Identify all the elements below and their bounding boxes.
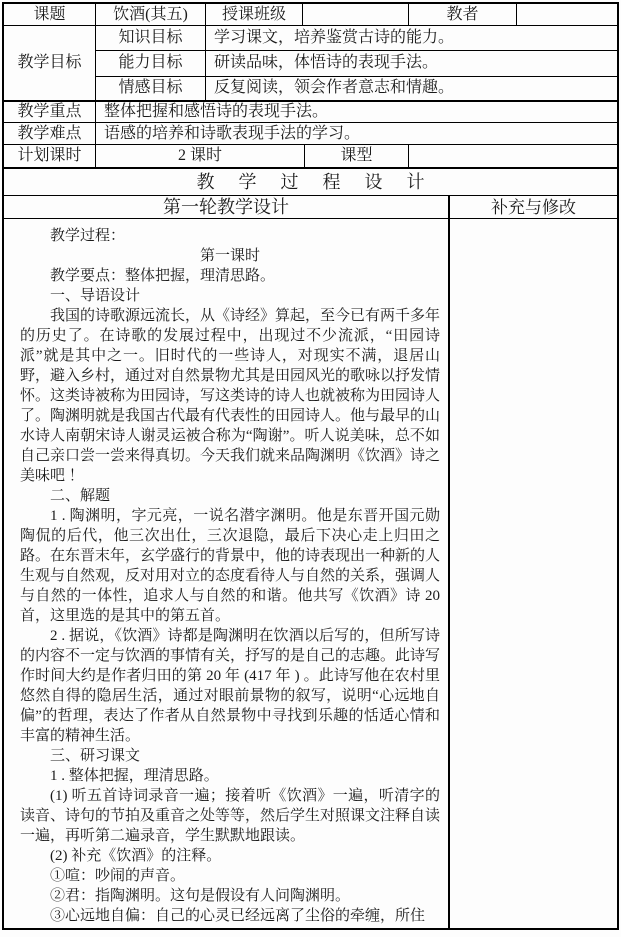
objectives-label: 教学目标: [4, 26, 95, 99]
body-paragraph: 1 . 整体把握，理清思路。: [20, 766, 440, 786]
body-paragraph: ①喧：吵闹的声音。: [20, 866, 440, 886]
process-design-header: 教学过程设计: [4, 169, 617, 195]
objective-knowledge-value: 学习课文，培养鉴赏古诗的能力。: [206, 26, 621, 49]
supplement-header: 补充与修改: [450, 196, 617, 218]
planned-periods-label: 计划课时: [4, 145, 95, 167]
class-value: [303, 4, 408, 25]
teacher-value: [517, 4, 617, 25]
body-paragraph: 教学过程：: [20, 226, 440, 246]
body-paragraph: 2 . 据说，《饮酒》诗都是陶渊明在饮酒以后写的，但所写诗的内容不一定与饮酒的事…: [20, 626, 440, 746]
topic-value: 饮酒(其五): [96, 4, 205, 25]
first-round-header: 第一轮教学设计: [4, 196, 448, 218]
lesson-type-value: [409, 145, 617, 167]
body-paragraph: 三、研习课文: [20, 746, 440, 766]
process-design-header-text: 教学过程设计: [197, 173, 449, 191]
body-paragraph: 教学要点：整体把握，理清思路。: [20, 266, 440, 286]
lesson-plan-document: 课题 饮酒(其五) 授课班级 教者 教学目标 知识目标 学习课文，培养鉴赏古诗的…: [0, 0, 621, 937]
objective-ability-value: 研读品味，体悟诗的表现手法。: [206, 51, 621, 75]
objective-emotion-value: 反复阅读，领会作者意志和情趣。: [206, 77, 621, 99]
teacher-label: 教者: [409, 4, 516, 25]
key-point-label: 教学重点: [4, 102, 95, 122]
key-point-value: 整体把握和感悟诗的表现手法。: [96, 102, 621, 122]
objective-knowledge-label: 知识目标: [96, 26, 205, 49]
teaching-process-body: 教学过程： 第一课时 教学要点：整体把握，理清思路。 一、导语设计 我国的诗歌源…: [2, 219, 448, 928]
topic-label: 课题: [4, 4, 95, 25]
body-paragraph-period-title: 第一课时: [20, 246, 440, 266]
body-paragraph: ②君：指陶渊明。这句是假设有人问陶渊明。: [20, 886, 440, 906]
body-paragraph: (2) 补充《饮酒》的注释。: [20, 846, 440, 866]
body-paragraph: ③心远地自偏：自己的心灵已经远离了尘俗的牵缠，所住: [20, 906, 440, 926]
body-paragraph: 一、导语设计: [20, 286, 440, 306]
table-border-bottom: [2, 928, 619, 930]
planned-periods-value: 2 课时: [96, 145, 304, 167]
supplement-body-empty: [450, 219, 617, 928]
lesson-type-label: 课型: [305, 145, 408, 167]
body-paragraph: 我国的诗歌源远流长，从《诗经》算起，至今已有两千多年的历史了。在诗歌的发展过程中…: [20, 306, 440, 486]
body-paragraph: (1) 听五首诗词录音一遍；接着听《饮酒》一遍，听清字的读音、诗句的节拍及重音之…: [20, 786, 440, 846]
difficulty-value: 语感的培养和诗歌表现手法的学习。: [96, 123, 621, 144]
objective-emotion-label: 情感目标: [96, 77, 205, 99]
difficulty-label: 教学难点: [4, 123, 95, 144]
body-paragraph: 二、解题: [20, 486, 440, 506]
class-label: 授课班级: [206, 4, 302, 25]
body-paragraph: 1 . 陶渊明，字元亮，一说名潜字渊明。他是东晋开国元勋陶侃的后代，他三次出仕，…: [20, 506, 440, 626]
objective-ability-label: 能力目标: [96, 51, 205, 75]
